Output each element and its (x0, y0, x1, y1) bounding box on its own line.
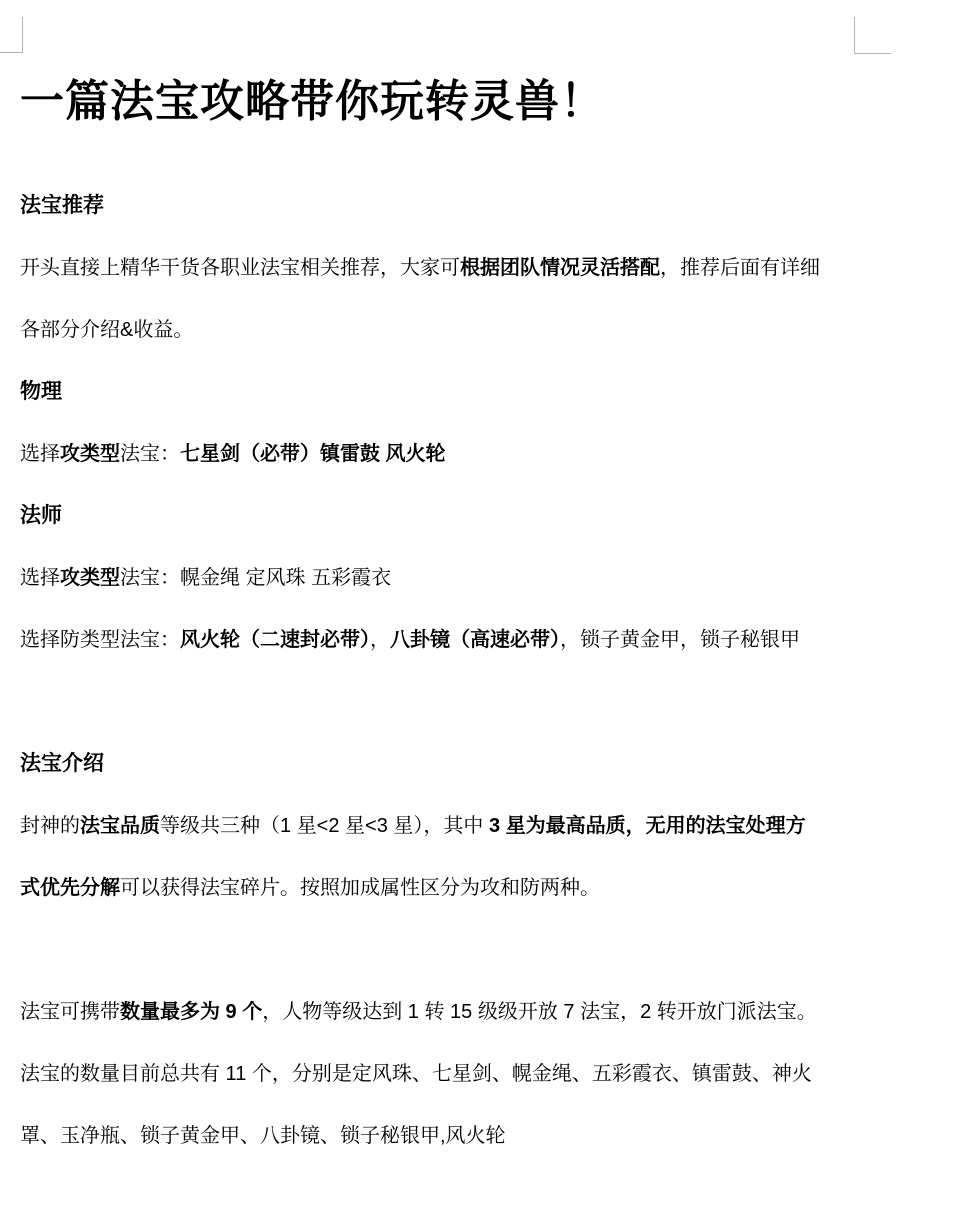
text-run: 选择 (20, 443, 60, 465)
para-quality-line2: 式优先分解可以获得法宝碎片。按照加成属性区分为攻和防两种。 (20, 857, 880, 919)
text-run: ，人物等级达到 1 转 15 级级开放 7 法宝，2 转开放门派法宝。 (262, 1001, 817, 1023)
text-run: 八卦镜（高速必带） (390, 629, 560, 651)
section-heading-physical: 物理 (20, 361, 880, 423)
text-run: ， (370, 629, 390, 651)
document-page: 一篇法宝攻略带你玩转灵兽！ 法宝推荐 开头直接上精华干货各职业法宝相关推荐，大家… (0, 0, 957, 1231)
section-heading-treasure-introduction: 法宝介绍 (20, 733, 880, 795)
para-treasure-list-line1: 法宝的数量目前总共有 11 个，分别是定风珠、七星剑、幌金绳、五彩霞衣、镇雷鼓、… (20, 1043, 880, 1105)
text-run: 各部分介绍&收益。 (20, 319, 193, 341)
para-intro-line1: 开头直接上精华干货各职业法宝相关推荐，大家可根据团队情况灵活搭配，推荐后面有详细 (20, 237, 880, 299)
para-treasure-list-line2: 罩、玉净瓶、锁子黄金甲、八卦镜、锁子秘银甲,风火轮 (20, 1105, 880, 1167)
para-quality-line1: 封神的法宝品质等级共三种（1 星<2 星<3 星），其中 3 星为最高品质，无用… (20, 795, 880, 857)
document-content: 一篇法宝攻略带你玩转灵兽！ 法宝推荐 开头直接上精华干货各职业法宝相关推荐，大家… (20, 0, 880, 1167)
para-mage-attack-treasures: 选择攻类型法宝：幌金绳 定风珠 五彩霞衣 (20, 547, 880, 609)
section-heading-treasure-recommendation: 法宝推荐 (20, 175, 880, 237)
text-run: ，推荐后面有详细 (660, 257, 820, 279)
text-run: 法宝可携带 (20, 1001, 120, 1023)
article-title: 一篇法宝攻略带你玩转灵兽！ (20, 0, 880, 128)
text-run: 法宝推荐 (20, 194, 104, 217)
text-run: 等级共三种（1 星<2 星<3 星），其中 (160, 815, 489, 837)
text-run: 罩、玉净瓶、锁子黄金甲、八卦镜、锁子秘银甲,风火轮 (20, 1125, 506, 1147)
text-run: 法宝：幌金绳 定风珠 五彩霞衣 (120, 567, 391, 589)
para-physical-attack-treasures: 选择攻类型法宝：七星剑（必带）镇雷鼓 风火轮 (20, 423, 880, 485)
text-run: 数量最多为 9 个 (120, 1001, 262, 1023)
text-run: 攻类型 (60, 567, 120, 589)
text-run: 七星剑（必带）镇雷鼓 风火轮 (180, 443, 446, 465)
empty-line-1 (20, 671, 880, 733)
text-run: 开头直接上精华干货各职业法宝相关推荐，大家可 (20, 257, 460, 279)
text-run: 法宝介绍 (20, 752, 104, 775)
text-run: 选择防类型法宝： (20, 629, 180, 651)
text-run: 选择 (20, 567, 60, 589)
text-run: 3 星为最高品质，无用的法宝处理方 (489, 815, 806, 837)
text-run: 可以获得法宝碎片。按照加成属性区分为攻和防两种。 (120, 877, 600, 899)
text-run: 法师 (20, 504, 62, 527)
text-run: 根据团队情况灵活搭配 (460, 257, 660, 279)
text-run: 法宝： (120, 443, 180, 465)
article-body: 法宝推荐 开头直接上精华干货各职业法宝相关推荐，大家可根据团队情况灵活搭配，推荐… (20, 175, 880, 1167)
text-run: 法宝品质 (80, 815, 160, 837)
text-run: ，锁子黄金甲，锁子秘银甲 (560, 629, 800, 651)
text-run: 式优先分解 (20, 877, 120, 899)
empty-line-2 (20, 919, 880, 981)
para-intro-line2: 各部分介绍&收益。 (20, 299, 880, 361)
text-run: 风火轮（二速封必带） (180, 629, 370, 651)
text-run: 攻类型 (60, 443, 120, 465)
text-run: 封神的 (20, 815, 80, 837)
text-run: 物理 (20, 380, 62, 403)
para-mage-defense-treasures: 选择防类型法宝：风火轮（二速封必带），八卦镜（高速必带），锁子黄金甲，锁子秘银甲 (20, 609, 880, 671)
text-run: 法宝的数量目前总共有 11 个，分别是定风珠、七星剑、幌金绳、五彩霞衣、镇雷鼓、… (20, 1063, 812, 1085)
section-heading-mage: 法师 (20, 485, 880, 547)
para-carry-count: 法宝可携带数量最多为 9 个，人物等级达到 1 转 15 级级开放 7 法宝，2… (20, 981, 880, 1043)
